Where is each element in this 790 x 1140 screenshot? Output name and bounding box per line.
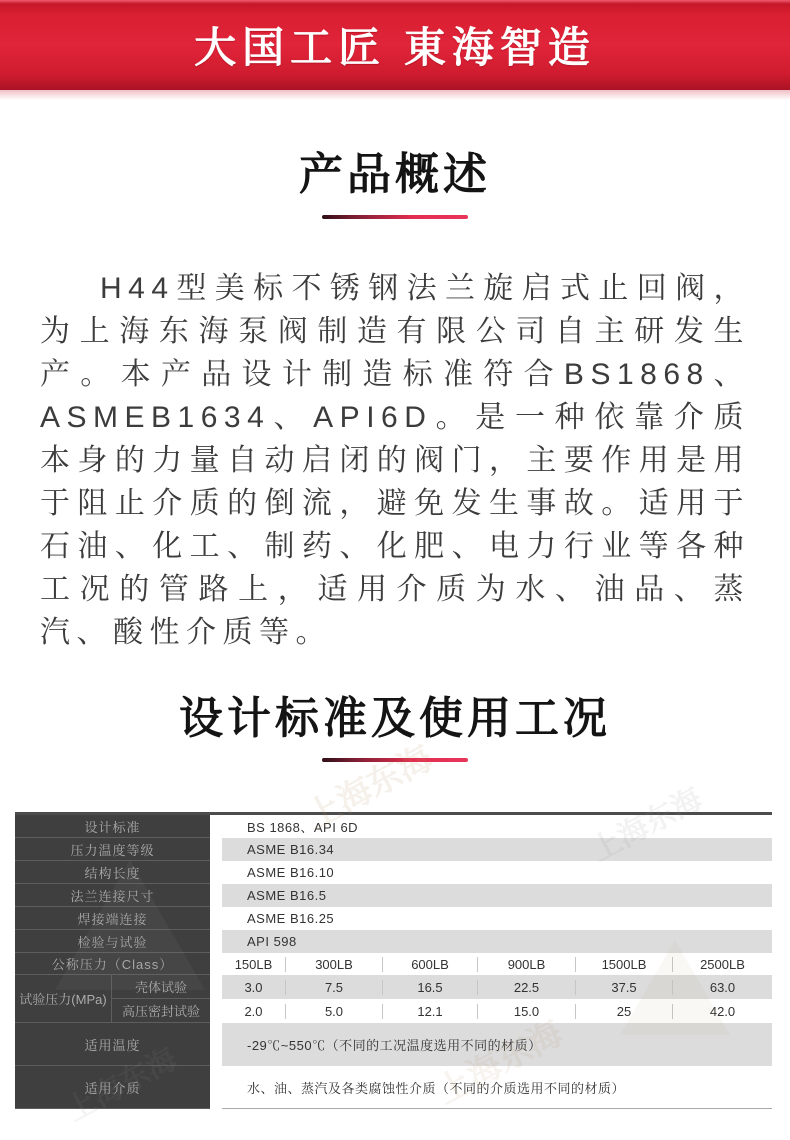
row-gap [210, 930, 222, 953]
row-gap [210, 975, 222, 1023]
shell-test-values: 3.0 7.5 16.5 22.5 37.5 63.0 [222, 975, 772, 999]
row-label: 适用介质 [15, 1066, 210, 1109]
group-label: 试验压力(MPa) [15, 975, 112, 1023]
overview-heading: 产品概述 [0, 150, 790, 201]
row-label: 法兰连接尺寸 [15, 884, 210, 907]
value-cell: 63.0 [672, 980, 772, 995]
row-gap [210, 1066, 222, 1109]
test-pressure-group: 试验压力(MPa) 壳体试验 高压密封试验 3.0 7.5 16.5 22.5 … [15, 975, 772, 1023]
class-values: 150LB 300LB 600LB 900LB 1500LB 2500LB [222, 953, 772, 975]
table-row: 压力温度等级 ASME B16.34 [15, 838, 772, 861]
overview-paragraph: H44型美标不锈钢法兰旋启式止回阀，为上海东海泵阀制造有限公司自主研发生产。本产… [40, 267, 750, 654]
row-value: ASME B16.10 [222, 861, 772, 884]
row-value: -29℃~550℃（不同的工况温度选用不同的材质） [222, 1023, 772, 1066]
top-banner: 大国工匠 東海智造 [0, 0, 790, 90]
value-cell: 12.1 [382, 1004, 477, 1019]
row-value: 水、油、蒸汽及各类腐蚀性介质（不同的介质选用不同的材质） [222, 1066, 772, 1109]
specs-heading: 设计标准及使用工况 [0, 694, 790, 745]
row-label: 适用温度 [15, 1023, 210, 1066]
row-gap [210, 861, 222, 884]
sub-label: 壳体试验 [112, 975, 210, 999]
row-value: ASME B16.5 [222, 884, 772, 907]
spec-table: 设计标准 BS 1868、API 6D 压力温度等级 ASME B16.34 结… [15, 812, 772, 1109]
row-gap [210, 1023, 222, 1066]
row-label: 压力温度等级 [15, 838, 210, 861]
row-label: 检验与试验 [15, 930, 210, 953]
class-row: 公称压力（Class） 150LB 300LB 600LB 900LB 1500… [15, 953, 772, 975]
table-row: 适用介质 水、油、蒸汽及各类腐蚀性介质（不同的介质选用不同的材质） [15, 1066, 772, 1109]
row-label: 公称压力（Class） [15, 953, 210, 975]
row-gap [210, 815, 222, 838]
table-row: 设计标准 BS 1868、API 6D [15, 815, 772, 838]
row-gap [210, 838, 222, 861]
value-cell: 3.0 [222, 980, 285, 995]
class-cell: 1500LB [575, 957, 672, 972]
sub-label: 高压密封试验 [112, 999, 210, 1023]
row-value: ASME B16.25 [222, 907, 772, 930]
row-gap [210, 953, 222, 975]
seal-test-values: 2.0 5.0 12.1 15.0 25 42.0 [222, 999, 772, 1023]
table-row: 法兰连接尺寸 ASME B16.5 [15, 884, 772, 907]
value-cell: 5.0 [285, 1004, 382, 1019]
class-cell: 2500LB [672, 957, 772, 972]
row-label: 设计标准 [15, 815, 210, 838]
table-row: 检验与试验 API 598 [15, 930, 772, 953]
value-cell: 7.5 [285, 980, 382, 995]
row-gap [210, 884, 222, 907]
group-sublabels: 壳体试验 高压密封试验 [112, 975, 210, 1023]
overview-heading-underline [322, 215, 468, 219]
row-value: BS 1868、API 6D [222, 815, 772, 838]
value-cell: 42.0 [672, 1004, 772, 1019]
value-cell: 2.0 [222, 1004, 285, 1019]
banner-title: 大国工匠 東海智造 [194, 15, 596, 75]
table-row: 结构长度 ASME B16.10 [15, 861, 772, 884]
row-label: 结构长度 [15, 861, 210, 884]
row-value: API 598 [222, 930, 772, 953]
class-cell: 300LB [285, 957, 382, 972]
value-cell: 22.5 [477, 980, 575, 995]
row-gap [210, 907, 222, 930]
row-value: ASME B16.34 [222, 838, 772, 861]
row-label: 焊接端连接 [15, 907, 210, 930]
value-cell: 16.5 [382, 980, 477, 995]
value-cell: 37.5 [575, 980, 672, 995]
class-cell: 150LB [222, 957, 285, 972]
specs-heading-underline [322, 758, 468, 762]
class-cell: 600LB [382, 957, 477, 972]
value-cell: 25 [575, 1004, 672, 1019]
table-row: 适用温度 -29℃~550℃（不同的工况温度选用不同的材质） [15, 1023, 772, 1066]
value-cell: 15.0 [477, 1004, 575, 1019]
group-values: 3.0 7.5 16.5 22.5 37.5 63.0 2.0 5.0 12.1… [222, 975, 772, 1023]
table-row: 焊接端连接 ASME B16.25 [15, 907, 772, 930]
class-cell: 900LB [477, 957, 575, 972]
